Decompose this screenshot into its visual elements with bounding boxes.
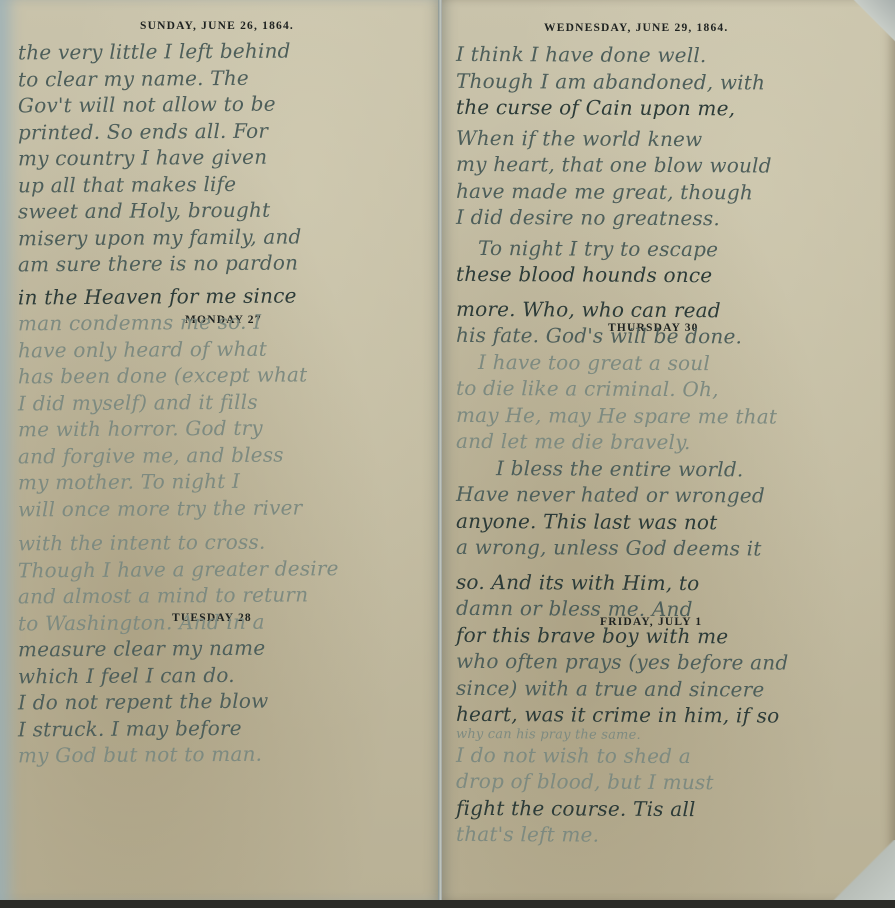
handwritten-line: so. And its with Him, to (456, 568, 883, 597)
handwritten-line: me with horror. God try (18, 414, 428, 443)
handwritten-line: to clear my name. The (18, 63, 428, 92)
handwritten-line: fight the course. Tis all (456, 794, 883, 823)
handwritten-line: my country I have given (18, 143, 428, 172)
handwritten-line: anyone. This last was not (456, 507, 883, 536)
date-header-sunday: SUNDAY, JUNE 26, 1864. (140, 20, 294, 32)
folded-corner-top (853, 0, 895, 42)
handwritten-line: Have never hated or wronged (456, 481, 883, 510)
handwritten-line: am sure there is no pardon (18, 249, 428, 278)
handwritten-line: To night I try to escape (456, 234, 883, 263)
handwritten-line: Though I have a greater desire (18, 554, 428, 583)
handwritten-line: have only heard of what (18, 334, 428, 363)
date-header-wednesday: WEDNESDAY, JUNE 29, 1864. (544, 22, 728, 34)
handwritten-line: and forgive me, and bless (18, 440, 428, 469)
right-page: WEDNESDAY, JUNE 29, 1864. THURSDAY 30 FR… (442, 0, 895, 900)
handwritten-line: who often prays (yes before and (456, 648, 883, 677)
handwritten-line: sweet and Holy, brought (18, 196, 428, 225)
handwritten-line: may He, may He spare me that (456, 401, 883, 430)
handwritten-line: a wrong, unless God deems it (456, 534, 883, 563)
handwritten-line: I do not wish to shed a (456, 741, 883, 770)
handwritten-line: since) with a true and sincere (456, 674, 883, 703)
handwritten-line: Though I am abandoned, with (456, 67, 883, 96)
handwritten-line: his fate. God's will be done. (456, 322, 883, 351)
handwritten-entry-left: the very little I left behind to clear m… (18, 38, 428, 768)
handwritten-line: misery upon my family, and (18, 222, 428, 251)
handwritten-entry-right: I think I have done well. Though I am ab… (456, 42, 883, 849)
handwritten-line: I do not repent the blow (18, 687, 428, 716)
handwritten-line: damn or bless me. And (456, 595, 883, 624)
handwritten-line: I think I have done well. (456, 41, 883, 70)
handwritten-line: to die like a criminal. Oh, (456, 375, 883, 404)
handwritten-line: the curse of Cain upon me, (456, 94, 883, 123)
handwritten-line: and almost a mind to return (18, 581, 428, 610)
handwritten-line: in the Heaven for me since (18, 281, 428, 310)
handwritten-line: Gov't will not allow to be (18, 90, 428, 119)
handwritten-line: will once more try the river (18, 493, 428, 522)
handwritten-line: I have too great a soul (456, 348, 883, 377)
left-page: SUNDAY, JUNE 26, 1864. MONDAY 27 TUESDAY… (0, 0, 441, 900)
handwritten-line: has been done (except what (18, 361, 428, 390)
handwritten-line: to Washington. And in a (18, 607, 428, 636)
handwritten-line: drop of blood, but I must (456, 768, 883, 797)
handwritten-line: I did desire no greatness. (456, 204, 883, 233)
handwritten-line: measure clear my name (18, 634, 428, 663)
handwritten-line: why can his pray the same. (456, 727, 883, 743)
handwritten-line: heart, was it crime in him, if so (456, 701, 883, 730)
handwritten-line: my God but not to man. (18, 740, 428, 769)
handwritten-line: I bless the entire world. (456, 454, 883, 483)
handwritten-line: and let me die bravely. (456, 428, 883, 457)
handwritten-line: for this brave boy with me (456, 621, 883, 650)
handwritten-line: with the intent to cross. (18, 528, 428, 557)
handwritten-line: printed. So ends all. For (18, 116, 428, 145)
handwritten-line: my mother. To night I (18, 467, 428, 496)
handwritten-line: my heart, that one blow would (456, 151, 883, 180)
diary-spread: SUNDAY, JUNE 26, 1864. MONDAY 27 TUESDAY… (0, 0, 895, 908)
handwritten-line: man condemns me so. I (18, 308, 428, 337)
handwritten-line: that's left me. (456, 821, 883, 850)
handwritten-line: more. Who, who can read (456, 295, 883, 324)
handwritten-line: up all that makes life (18, 169, 428, 198)
handwritten-line: I did myself) and it fills (18, 387, 428, 416)
handwritten-line: When if the world knew (456, 124, 883, 153)
handwritten-line: the very little I left behind (18, 37, 428, 66)
handwritten-line: have made me great, though (456, 177, 883, 206)
handwritten-line: these blood hounds once (456, 261, 883, 290)
handwritten-line: I struck. I may before (18, 713, 428, 742)
handwritten-line: which I feel I can do. (18, 660, 428, 689)
